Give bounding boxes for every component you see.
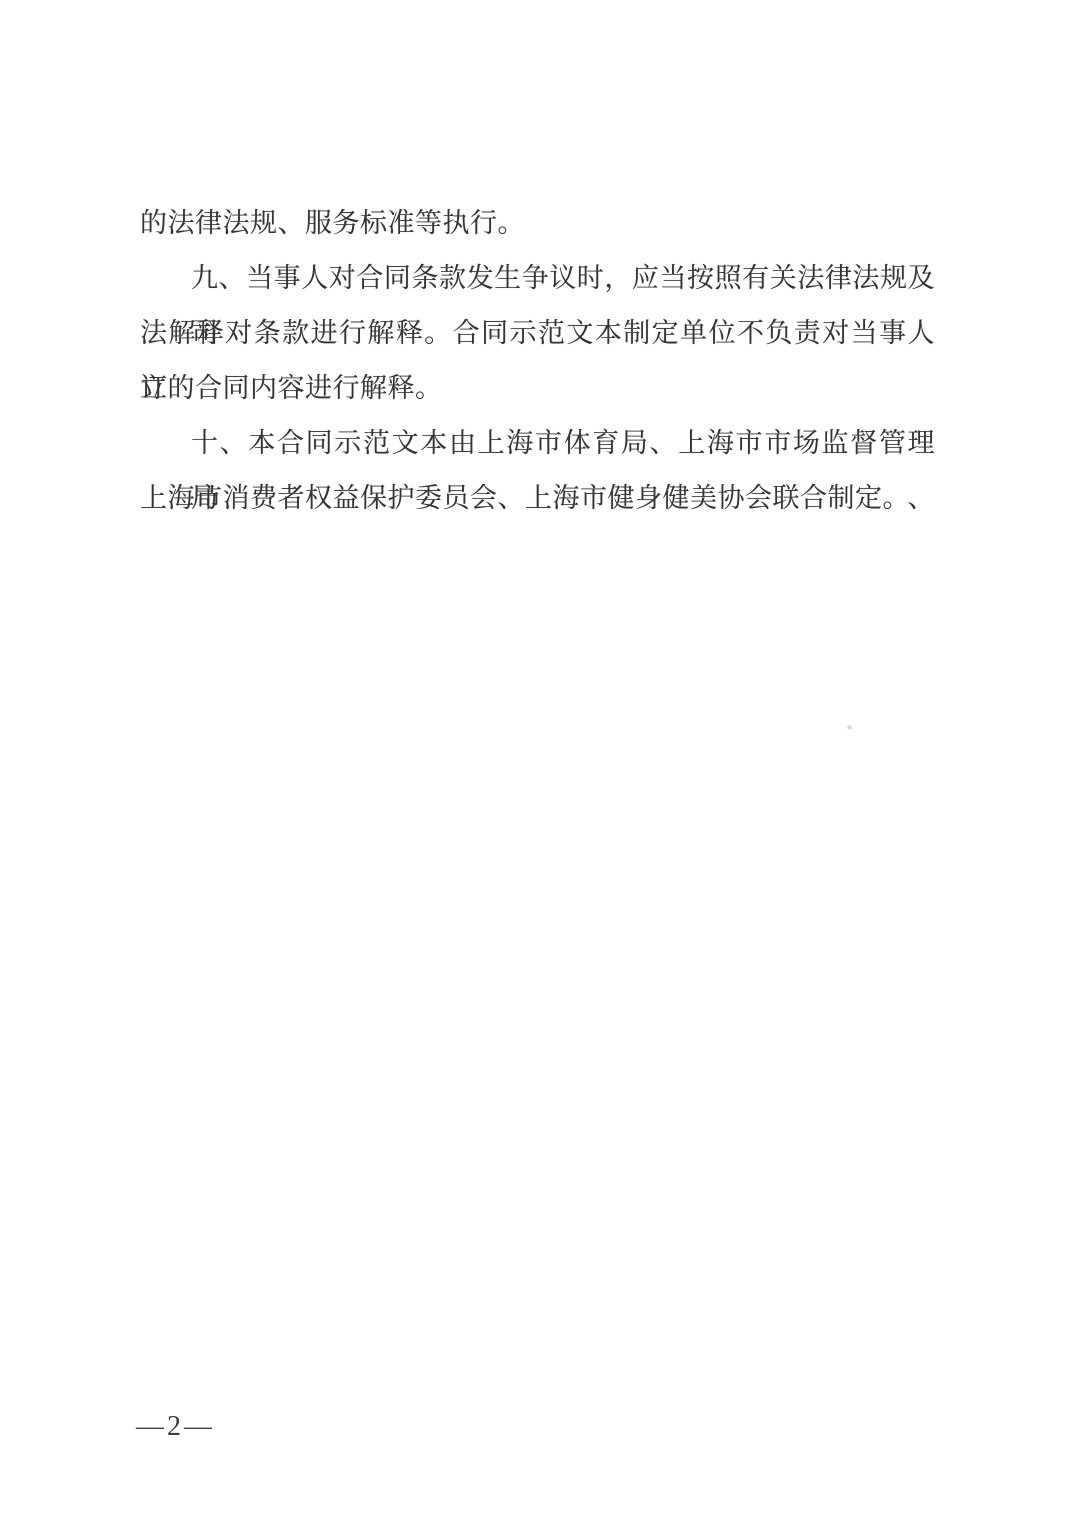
text-line-paragraph-tail: 的法律法规、服务标准等执行。 [140,196,935,251]
text-line-clause-nine-start: 九、当事人对合同条款发生争议时，应当按照有关法律法规及司 [191,251,935,306]
document-page: 的法律法规、服务标准等执行。 九、当事人对合同条款发生争议时，应当按照有关法律法… [0,0,1080,1528]
scan-artifact-dot [847,725,852,730]
text-line-clause-nine-end: 立的合同内容进行解释。 [140,361,935,416]
text-line-clause-nine-middle: 法解释对条款进行解释。合同示范文本制定单位不负责对当事人订 [140,306,935,361]
text-line-clause-ten-start: 十、本合同示范文本由上海市体育局、上海市市场监督管理局、 [191,416,935,471]
page-number: —2— [136,1410,215,1444]
text-line-clause-ten-end: 上海市消费者权益保护委员会、上海市健身健美协会联合制定。 [140,471,935,526]
contract-text-block: 的法律法规、服务标准等执行。 九、当事人对合同条款发生争议时，应当按照有关法律法… [140,196,935,526]
